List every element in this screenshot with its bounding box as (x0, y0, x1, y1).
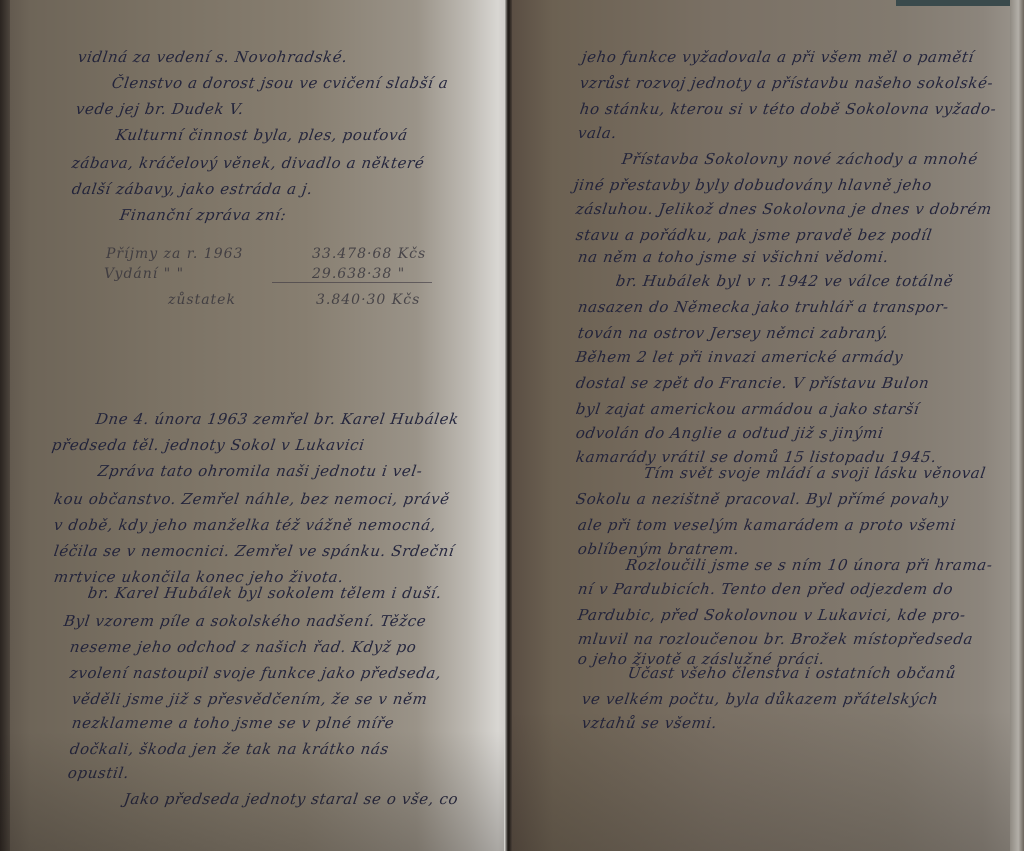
right-line: tován na ostrov Jersey němci zabraný. (577, 324, 890, 342)
notebook-spread: vidlná za vedení s. Novohradské. Členstv… (0, 0, 1024, 851)
background-strip (896, 0, 1024, 6)
left-line: Jako předseda jednoty staral se o vše, c… (123, 790, 460, 808)
right-line: ní v Pardubicích. Tento den před odjezde… (577, 580, 955, 598)
right-line: jiné přestavby byly dobudovány hlavně je… (573, 176, 933, 194)
right-line: jeho funkce vyžadovala a při všem měl o … (581, 48, 976, 66)
right-line: Účast všeho členstva i ostatních občanů (627, 664, 957, 682)
right-line: Během 2 let při invazi americké armády (575, 348, 905, 366)
sum-rule (272, 282, 432, 283)
page-gutter (504, 0, 512, 851)
right-line: Pardubic, před Sokolovnou v Lukavici, kd… (577, 606, 967, 624)
left-line: Kulturní činnost byla, ples, pouťová (115, 126, 409, 144)
right-line: vztahů se všemi. (581, 714, 719, 732)
left-line: dočkali, škoda jen že tak na krátko nás (69, 740, 390, 758)
right-line: stavu a pořádku, pak jsme pravdě bez pod… (575, 226, 934, 244)
right-line: na něm a toho jsme si všichni vědomi. (577, 248, 890, 266)
left-line: neseme jeho odchod z našich řad. Když po (69, 638, 418, 656)
left-line: zábava, kráčelový věnek, divadlo a někte… (71, 154, 426, 172)
right-line: Sokolu a nezištně pracoval. Byl přímé po… (575, 490, 950, 508)
right-line: odvolán do Anglie a odtud již s jinými (575, 424, 885, 442)
left-page: vidlná za vedení s. Novohradské. Členstv… (0, 0, 508, 851)
left-line: vede jej br. Dudek V. (75, 100, 245, 118)
right-line: nasazen do Německa jako truhlář a transp… (577, 298, 950, 316)
right-line: byl zajat americkou armádou a jako starš… (575, 400, 921, 418)
right-line: mluvil na rozloučenou br. Brožek místopř… (577, 630, 975, 648)
right-page: jeho funkce vyžadovala a při všem měl o … (512, 0, 1024, 851)
right-line: vzrůst rozvoj jednoty a přístavbu našeho… (579, 74, 995, 92)
income-label: Příjmy za r. 1963 (106, 246, 243, 262)
left-line: Byl vzorem píle a sokolského nadšení. Tě… (63, 612, 428, 630)
expense-label: Vydání " " (104, 266, 184, 282)
right-line: Přístavba Sokolovny nové záchody a mnohé (621, 150, 979, 168)
right-line: ho stánku, kterou si v této době Sokolov… (579, 100, 998, 118)
right-line: Tím svět svoje mládí a svoji lásku věnov… (643, 464, 987, 482)
left-line: kou občanstvo. Zemřel náhle, bez nemoci,… (53, 490, 451, 508)
left-line: opustil. (67, 764, 131, 782)
left-line: nezklameme a toho jsme se v plné míře (71, 714, 396, 732)
expense-value: 29.638·38 " (312, 266, 405, 282)
right-line: ve velkém počtu, byla důkazem přátelskýc… (581, 690, 940, 708)
left-line: v době, kdy jeho manželka též vážně nemo… (53, 516, 438, 534)
right-line: Rozloučili jsme se s ním 10 února při hr… (625, 556, 994, 574)
right-line: br. Hubálek byl v r. 1942 ve válce totál… (615, 272, 955, 290)
left-line: léčila se v nemocnici. Zemřel ve spánku.… (53, 542, 456, 560)
page-edge (1010, 0, 1024, 851)
balance-value: 3.840·30 Kčs (316, 292, 420, 308)
left-line: věděli jsme již s přesvědčením, že se v … (71, 690, 429, 708)
left-line: Finanční zpráva zní: (119, 206, 288, 224)
right-line: dostal se zpět do Francie. V přístavu Bu… (575, 374, 931, 392)
left-line: vidlná za vedení s. Novohradské. (77, 48, 349, 66)
left-line: br. Karel Hubálek byl sokolem tělem i du… (87, 584, 443, 602)
left-line: předseda těl. jednoty Sokol v Lukavici (51, 436, 366, 454)
left-line: Dne 4. února 1963 zemřel br. Karel Hubál… (95, 410, 460, 428)
left-line: další zábavy, jako estráda a j. (71, 180, 314, 198)
left-line: zvolení nastoupil svoje funkce jako před… (69, 664, 443, 682)
left-line: Zpráva tato ohromila naši jednotu i vel- (97, 462, 424, 480)
right-line: ale při tom veselým kamarádem a proto vš… (577, 516, 957, 534)
right-line: vala. (577, 124, 618, 142)
left-line: Členstvo a dorost jsou ve cvičení slabší… (111, 74, 450, 92)
balance-label: zůstatek (168, 292, 236, 308)
right-line: zásluhou. Jelikož dnes Sokolovna je dnes… (575, 200, 993, 218)
income-value: 33.478·68 Kčs (312, 246, 426, 262)
